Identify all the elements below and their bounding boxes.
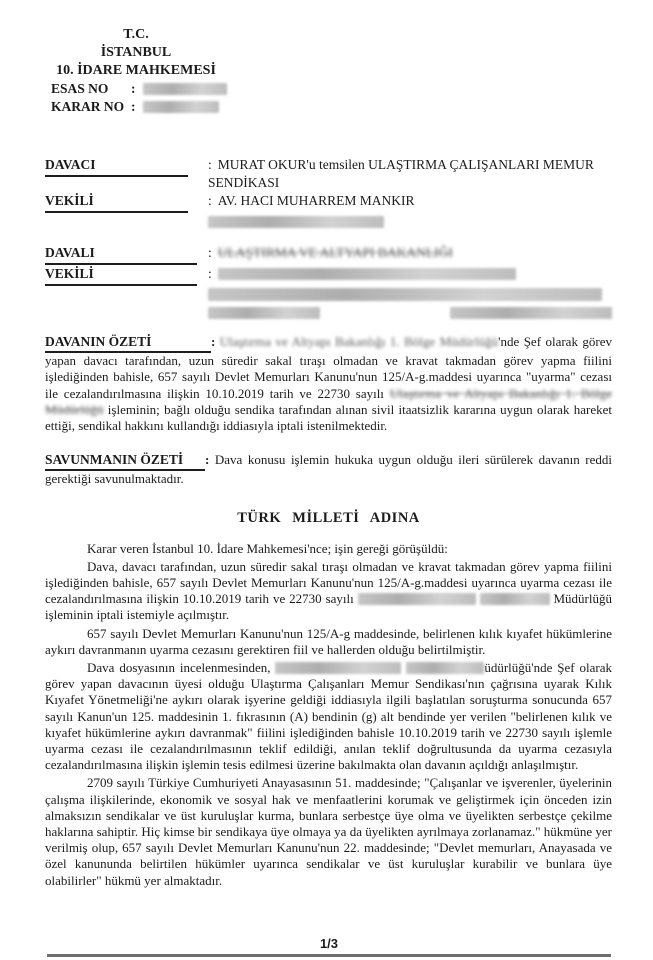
colon: : [131, 98, 136, 116]
davali-label: DAVALI [45, 244, 197, 265]
vekili-contact-row [45, 213, 612, 231]
davali-vekili-row: VEKİLİ : [45, 265, 612, 286]
redacted-inline [480, 593, 550, 605]
address-redacted [208, 307, 320, 319]
colon: : [205, 452, 209, 467]
decision-text: üdürlüğü'nde Şef olarak görev yapan dava… [45, 660, 612, 772]
vekili-contact-redacted [208, 216, 384, 228]
parties-section: DAVACI :MURAT OKUR'u temsilen ULAŞTIRMA … [45, 156, 612, 319]
vekili-label: VEKİLİ [45, 192, 188, 213]
davaci-row: DAVACI :MURAT OKUR'u temsilen ULAŞTIRMA … [45, 156, 612, 192]
vekili-value: AV. HACI MUHARREM MANKIR [218, 193, 415, 208]
davali-vekili-redacted [218, 268, 516, 280]
decision-paragraph-1: Karar veren İstanbul 10. İdare Mahkemesi… [45, 541, 612, 557]
address-redacted [208, 288, 602, 301]
decision-body: Karar veren İstanbul 10. İdare Mahkemesi… [45, 541, 612, 889]
colon: : [208, 266, 212, 281]
davaci-value: MURAT OKUR'u temsilen ULAŞTIRMA ÇALIŞANL… [208, 157, 594, 190]
savunmanin-ozeti-paragraph: SAVUNMANIN ÖZETİ: Dava konusu işlemin hu… [45, 452, 612, 487]
davanin-ozeti-paragraph: DAVANIN ÖZETİ: Ulaştırma ve Altyapı Baka… [45, 334, 612, 434]
colon: : [211, 334, 215, 349]
colon: : [208, 193, 212, 208]
davali-vekili-address-row-1 [45, 286, 612, 304]
davanin-ozeti-label: DAVANIN ÖZETİ [45, 334, 211, 353]
redacted-inline [275, 662, 401, 674]
page-footer: 1/3 [47, 935, 611, 957]
davaci-label: DAVACI [45, 156, 188, 177]
decision-text: Dava dosyasının incelenmesinden, [87, 660, 270, 675]
davali-row: DAVALI :ULAŞTIRMA VE ALTYAPI BAKANLIĞI [45, 244, 612, 265]
court-city: İSTANBUL [45, 44, 227, 62]
davaci-vekili-row: VEKİLİ :AV. HACI MUHARREM MANKIR [45, 192, 612, 213]
redacted-inline [358, 593, 476, 605]
davali-vekili-address-row-2 [45, 304, 612, 319]
karar-no-label: KARAR NO [51, 98, 131, 116]
colon: : [131, 80, 136, 98]
savunmanin-ozeti-label: SAVUNMANIN ÖZETİ [45, 452, 205, 471]
turk-milleti-adina-heading: TÜRK MİLLETİ ADINA [45, 510, 612, 527]
esas-no-row: ESAS NO : [51, 80, 227, 98]
vekili-label: VEKİLİ [45, 265, 197, 286]
davali-value-blurred: ULAŞTIRMA VE ALTYAPI BAKANLIĞI [218, 245, 453, 260]
decision-paragraph-5: 2709 sayılı Türkiye Cumhuriyeti Anayasas… [45, 775, 612, 888]
decision-paragraph-4: Dava dosyasının incelenmesinden, üdürlüğ… [45, 660, 612, 773]
letterhead: T.C. İSTANBUL 10. İDARE MAHKEMESİ ESAS N… [45, 26, 227, 116]
redacted-authority-blur: Ulaştırma ve Altyapı Bakanlığı 1. Bölge … [220, 334, 498, 349]
decision-paragraph-3: 657 sayılı Devlet Memurları Kanunu'nun 1… [45, 626, 612, 658]
court-decision-page: T.C. İSTANBUL 10. İDARE MAHKEMESİ ESAS N… [0, 0, 653, 960]
colon: : [208, 245, 212, 260]
karar-no-redacted-value [143, 101, 219, 113]
karar-no-row: KARAR NO : [51, 98, 227, 116]
redacted-inline [406, 662, 484, 674]
address-redacted [450, 307, 612, 319]
decision-paragraph-2: Dava, davacı tarafından, uzun süredir sa… [45, 559, 612, 624]
colon: : [208, 157, 212, 172]
court-name: 10. İDARE MAHKEMESİ [45, 62, 227, 80]
esas-no-label: ESAS NO [51, 80, 131, 98]
republic-abbrev: T.C. [45, 26, 227, 44]
davanin-ozeti-text: işleminin; bağlı olduğu sendika tarafınd… [45, 402, 612, 433]
esas-no-redacted-value [143, 83, 227, 95]
page-number: 1/3 [320, 936, 338, 951]
